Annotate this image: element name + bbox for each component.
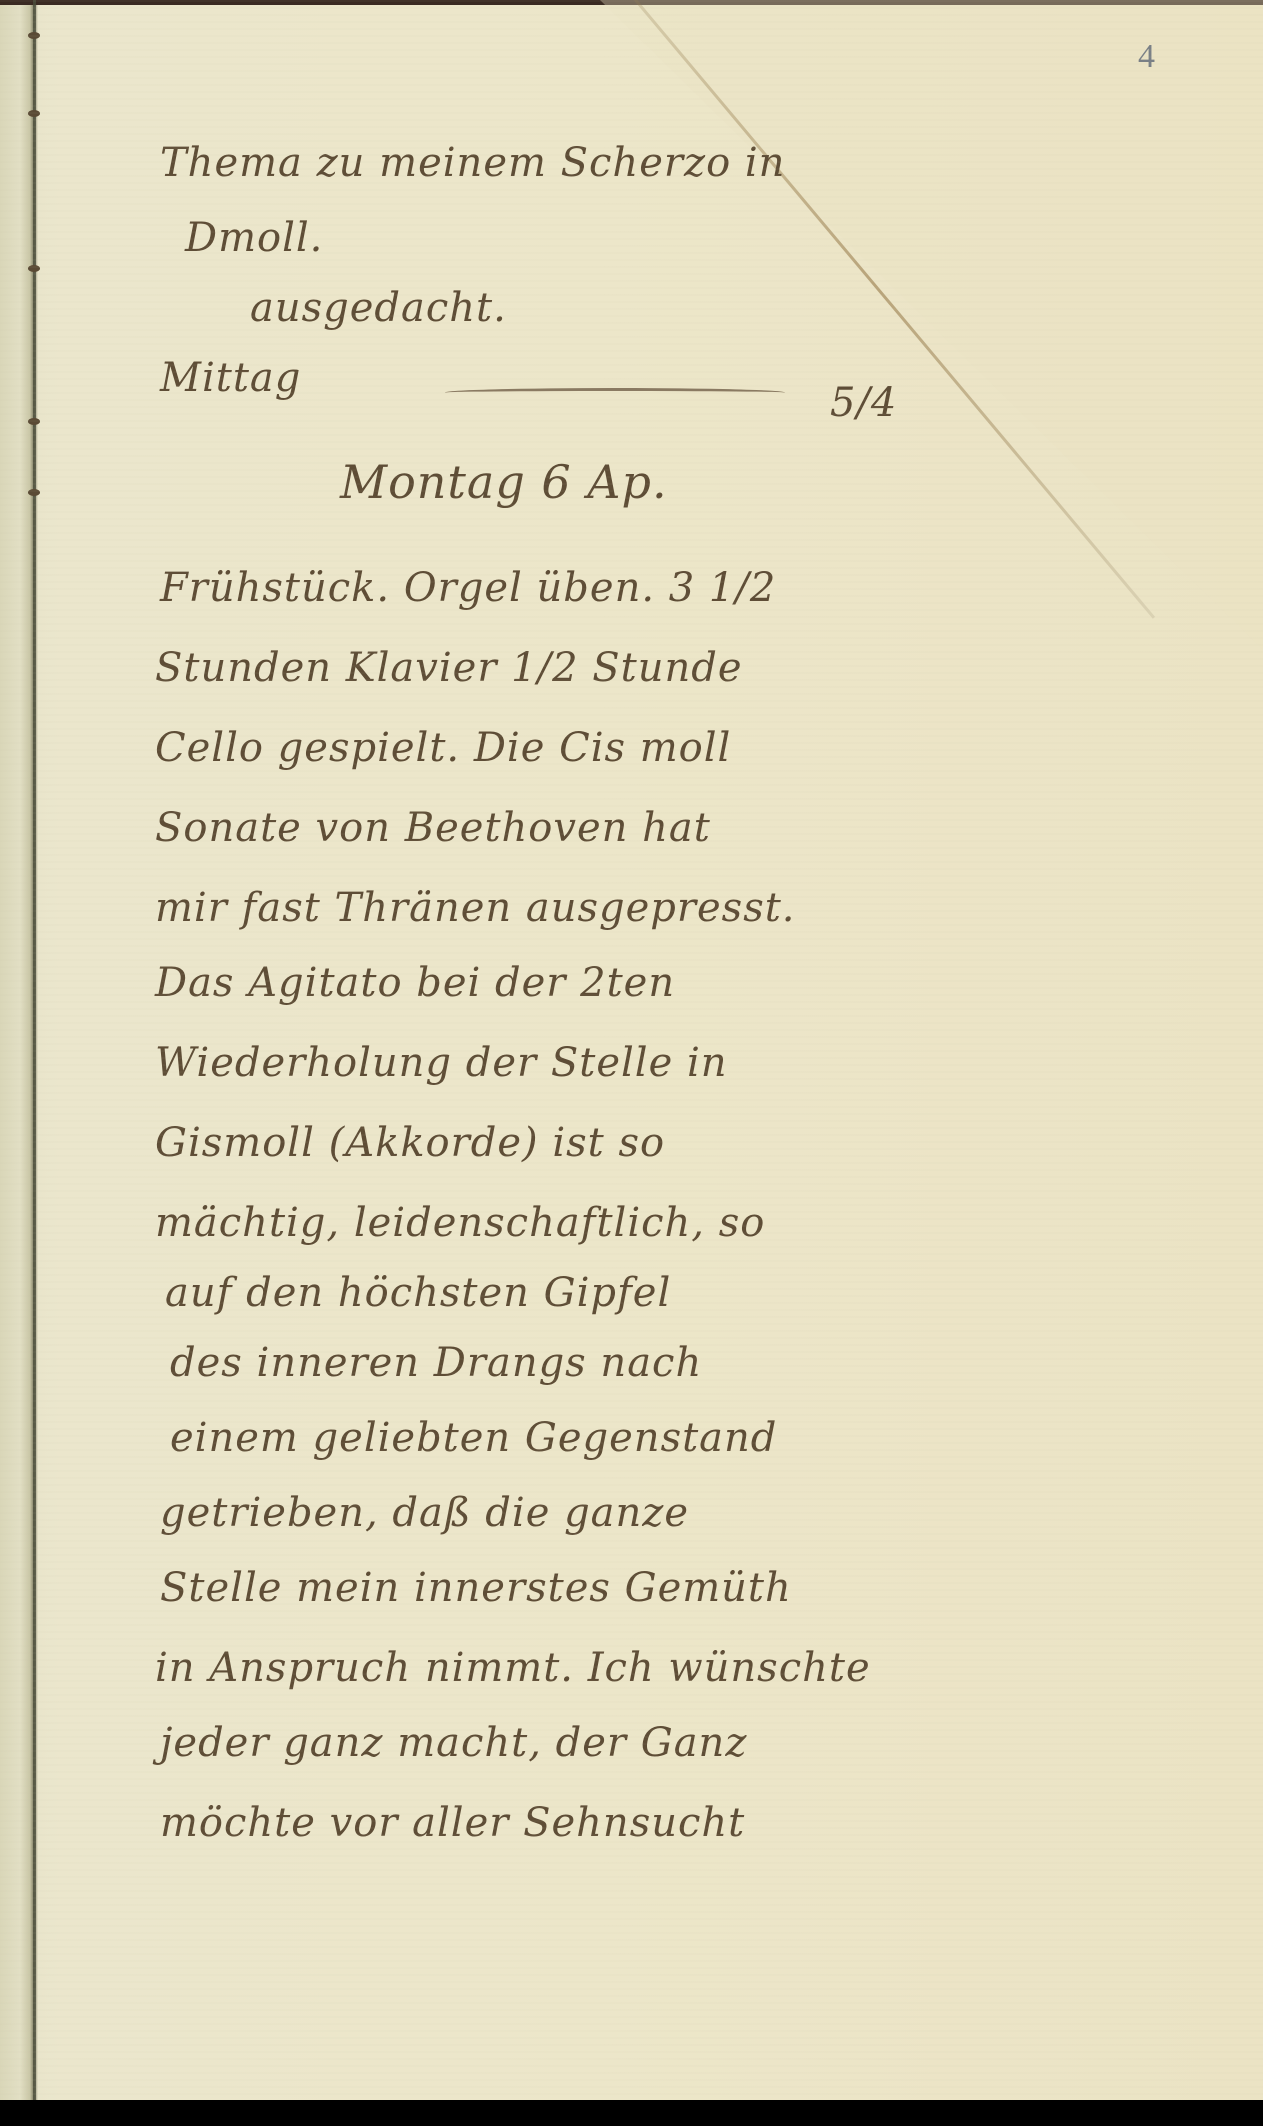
- binding-spine: [33, 0, 36, 2100]
- manuscript-page: 4 Thema zu meinem Scherzo in Dmoll. ausg…: [0, 0, 1263, 2100]
- text-line: in Anspruch nimmt. Ich wünschte: [155, 1645, 871, 1691]
- text-line: Das Agitato bei der 2ten: [155, 960, 675, 1006]
- text-line: auf den höchsten Gipfel: [165, 1270, 671, 1316]
- text-line: Dmoll.: [185, 215, 323, 261]
- text-line: Mittag: [160, 355, 301, 401]
- scan-border: [0, 2100, 1263, 2126]
- text-line: jeder ganz macht, der Ganz: [160, 1720, 747, 1766]
- text-line: Wiederholung der Stelle in: [155, 1040, 728, 1086]
- text-line: Stelle mein innerstes Gemüth: [160, 1565, 792, 1611]
- text-line: möchte vor aller Sehnsucht: [160, 1800, 745, 1846]
- binding-stitch: [28, 32, 40, 39]
- text-line: einem geliebten Gegenstand: [170, 1415, 777, 1461]
- text-line: ausgedacht.: [250, 285, 507, 331]
- binding-stitch: [28, 418, 40, 425]
- text-line: getrieben, daß die ganze: [160, 1490, 689, 1536]
- text-line: Gismoll (Akkorde) ist so: [155, 1120, 665, 1166]
- text-line: mir fast Thränen ausgepresst.: [155, 885, 796, 931]
- text-line: Thema zu meinem Scherzo in: [160, 140, 785, 186]
- text-line: Sonate von Beethoven hat: [155, 805, 711, 851]
- folded-corner: [600, 0, 1263, 650]
- separator-stroke: [445, 388, 785, 397]
- time-annotation: 5/4: [830, 380, 897, 426]
- date-heading: Montag 6 Ap.: [340, 455, 668, 509]
- binding-stitch: [28, 489, 40, 496]
- folio-number: 4: [1138, 38, 1155, 76]
- text-line: Frühstück. Orgel üben. 3 1/2: [160, 565, 776, 611]
- binding-stitch: [28, 110, 40, 117]
- binding-stitch: [28, 265, 40, 272]
- text-line: des inneren Drangs nach: [170, 1340, 702, 1386]
- text-line: mächtig, leidenschaftlich, so: [155, 1200, 765, 1246]
- text-line: Cello gespielt. Die Cis moll: [155, 725, 731, 771]
- text-line: Stunden Klavier 1/2 Stunde: [155, 645, 743, 691]
